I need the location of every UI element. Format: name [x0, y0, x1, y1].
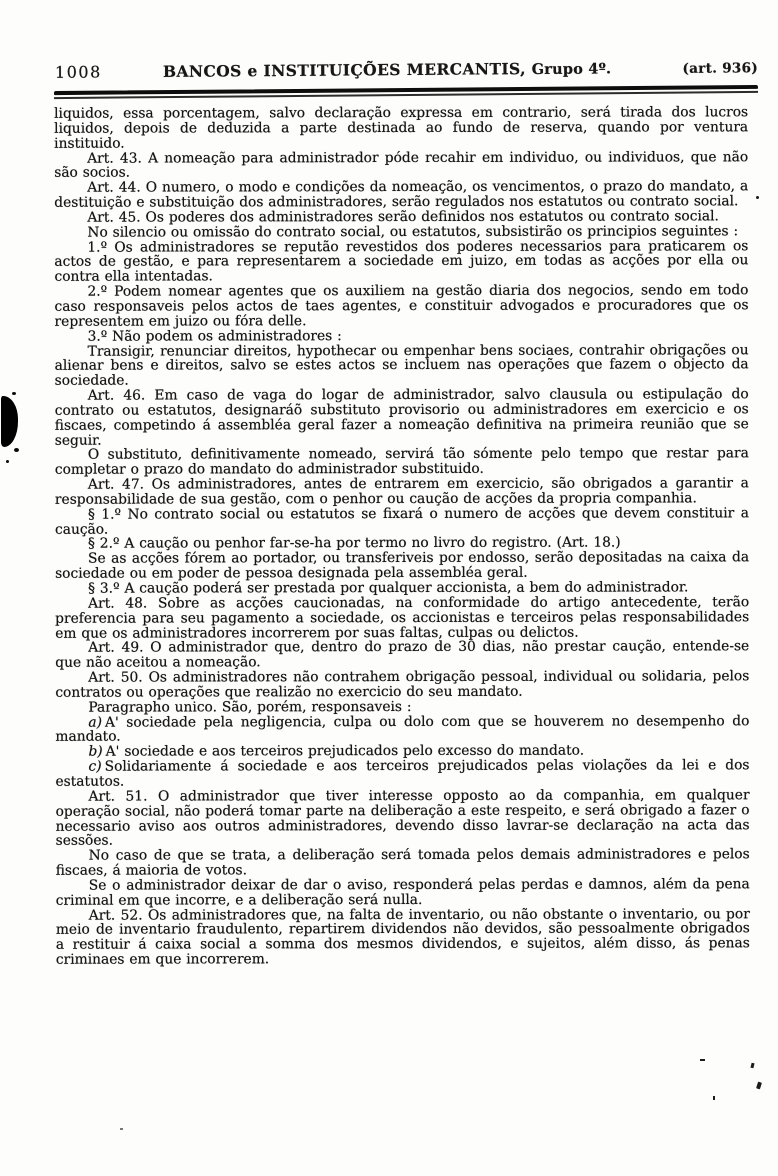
paragraph-art-47: Art. 47. Os administradores, antes de en…	[55, 476, 749, 507]
item-a-text: A' sociedade pela negligencia, culpa ou …	[55, 713, 749, 745]
item-c-text: Solidariamente á sociedade e aos terceir…	[55, 757, 749, 789]
scanned-book-page: 1008 BANCOS e INSTITUIÇÕES MERCANTIS, Gr…	[0, 0, 778, 1176]
paragraph-continuation: liquidos, essa porcentagem, salvo declar…	[54, 105, 748, 151]
ink-dot	[6, 460, 9, 463]
paragraph-art-48: Art. 48. Sobre as acções caucionadas, na…	[55, 595, 749, 641]
ink-dot	[14, 448, 19, 452]
paragraph-art-51: Art. 51. O administrador que tiver inter…	[56, 788, 750, 849]
running-header: 1008 BANCOS e INSTITUIÇÕES MERCANTIS, Gr…	[55, 57, 758, 89]
paragraph-art-49: Art. 49. O administrador que, dentro do …	[55, 640, 749, 671]
ink-dot	[12, 392, 16, 395]
scan-speck	[756, 1082, 762, 1090]
paragraph-item-2: 2.º Podem nomear agentes que os auxiliem…	[54, 283, 748, 329]
paragraph-art-46: Art. 46. Em caso de vaga do logar de adm…	[55, 387, 749, 448]
body-text: liquidos, essa porcentagem, salvo declar…	[54, 105, 750, 967]
scan-speck	[750, 1063, 754, 1069]
paragraph-item-1: 1.º Os administradores se reputão revest…	[54, 239, 748, 285]
paragraph: Se o administrador deixar de dar o aviso…	[56, 877, 750, 908]
scan-speck	[120, 1128, 123, 1130]
item-a-marker: a)	[88, 714, 105, 730]
ink-blot	[1, 396, 18, 447]
running-header-group: Grupo 4º.	[532, 60, 612, 78]
paragraph-art-50: Art. 50. Os administradores não contrahe…	[55, 669, 749, 700]
paragraph: Se as acções fórem ao portador, ou trans…	[55, 551, 749, 582]
paragraph: Transigir, renunciar direitos, hypotheca…	[55, 343, 749, 389]
paragraph-art-52: Art. 52. Os administradores que, na falt…	[56, 907, 750, 968]
scan-speck	[713, 1096, 715, 1100]
paragraph-section-1: § 1.º No contrato social ou estatutos se…	[55, 506, 749, 537]
page-number: 1008	[55, 62, 102, 81]
header-article-ref: (art. 936)	[672, 60, 758, 77]
running-header-title-main: BANCOS e INSTITUIÇÕES MERCANTIS,	[163, 59, 526, 81]
scan-speck	[756, 196, 759, 199]
paragraph-item-c: c)Solidariamente á sociedade e aos terce…	[55, 758, 749, 789]
paragraph: No caso de que se trata, a deliberação s…	[56, 847, 750, 878]
paragraph-art-43: Art. 43. A nomeação para administrador p…	[54, 150, 748, 181]
running-header-title: BANCOS e INSTITUIÇÕES MERCANTIS, Grupo 4…	[102, 58, 673, 81]
paragraph-art-44: Art. 44. O numero, o modo e condições da…	[54, 179, 748, 210]
item-b-marker: b)	[88, 744, 105, 760]
paragraph: O substituto, definitivamente nomeado, s…	[55, 447, 749, 478]
paragraph-item-a: a)A' sociedade pela negligencia, culpa o…	[55, 714, 749, 745]
scan-speck	[700, 1059, 705, 1061]
item-c-marker: c)	[88, 759, 104, 775]
